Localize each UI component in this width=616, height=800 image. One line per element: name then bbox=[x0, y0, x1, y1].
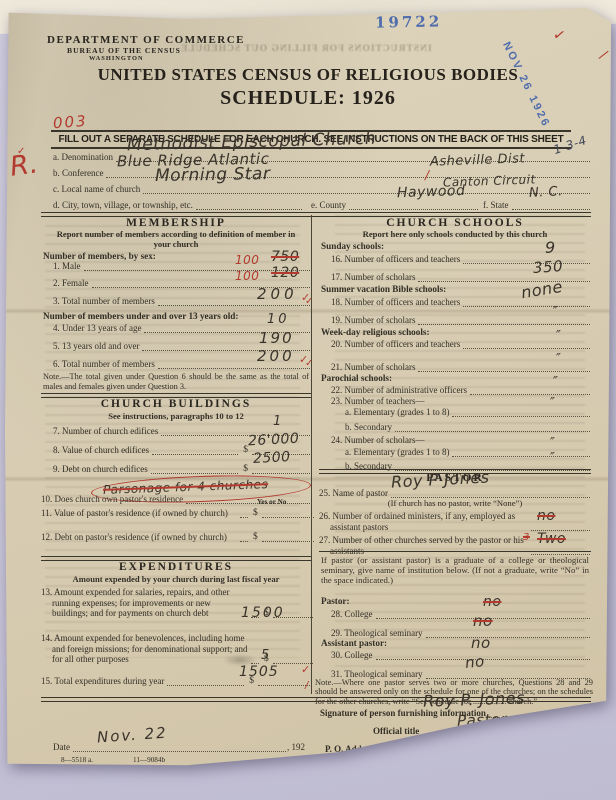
q7-value: 1 bbox=[273, 414, 282, 429]
q9-label: 9. Debt on church edifices bbox=[41, 464, 148, 475]
q4-value: 10 bbox=[267, 312, 290, 327]
q12-label: 12. Debt on pastor's residence (if owned… bbox=[41, 532, 237, 543]
buildings-heading: CHURCH BUILDINGS bbox=[41, 398, 311, 410]
membership-instructions: Report number of members according to de… bbox=[51, 230, 301, 250]
form-title: UNITED STATES CENSUS OF RELIGIOUS BODIES bbox=[5, 65, 611, 85]
q9-value: 2500 bbox=[253, 449, 291, 467]
q23-label: 23. Number of teachers— bbox=[319, 396, 424, 407]
q30-row: 30. College bbox=[319, 650, 591, 661]
county-value: Haywood bbox=[397, 183, 466, 201]
q18-row: 18. Number of officers and teachers bbox=[319, 297, 591, 308]
q19-value: ″ bbox=[553, 305, 558, 320]
bureau-of-census: BUREAU OF THE CENSUS bbox=[67, 46, 181, 55]
q24b-value: ″ bbox=[550, 451, 555, 466]
address-value: Canton N.C. bbox=[445, 723, 547, 747]
q5-value: 190 bbox=[259, 329, 294, 347]
q3-value: 200 bbox=[257, 285, 298, 303]
dotted-line bbox=[463, 306, 590, 307]
dotted-line bbox=[380, 753, 590, 754]
q18-label: 18. Number of officers and teachers bbox=[319, 297, 460, 308]
dotted-line bbox=[240, 517, 248, 518]
members-by-sex-label: Number of members, by sex: bbox=[43, 251, 156, 261]
red-slash-mark: / bbox=[425, 168, 430, 182]
form-subtitle: SCHEDULE: 1926 bbox=[5, 87, 611, 110]
parochial-schools-label: Parochial schools: bbox=[321, 373, 392, 383]
q15-check: ✓ bbox=[301, 663, 311, 676]
q6-value: 200 bbox=[257, 347, 295, 365]
column-divider bbox=[311, 215, 312, 694]
denomination-label: a. Denomination bbox=[53, 152, 113, 163]
q11-label: 11. Value of pastor's residence (if owne… bbox=[41, 508, 237, 519]
q20-label: 20. Number of officers and teachers bbox=[319, 339, 460, 350]
buildings-instructions: See instructions, paragraphs 10 to 12 bbox=[51, 412, 301, 422]
q24a-label: a. Elementary (grades 1 to 8) bbox=[319, 447, 449, 458]
church-name-value: Morning Star bbox=[155, 164, 271, 186]
dotted-line bbox=[73, 751, 286, 752]
graduate-note: If pastor (or assistant pastor) is a gra… bbox=[321, 555, 589, 585]
serial-number-stamp: 19722 bbox=[375, 12, 442, 31]
q22-label: 22. Number of administrative officers bbox=[319, 385, 467, 396]
dotted-line bbox=[158, 368, 310, 369]
red-margin-r-mark: R. bbox=[8, 148, 40, 183]
dotted-line bbox=[418, 281, 590, 282]
q13-value: 1500 bbox=[241, 605, 285, 621]
q26-label: 26. Number of ordained ministers, if any… bbox=[319, 511, 528, 532]
dotted-line bbox=[196, 209, 302, 210]
address-row: P. O. Address bbox=[325, 744, 591, 755]
q21-row: 21. Number of scholars bbox=[319, 362, 591, 373]
official-title-label: Official title bbox=[373, 726, 419, 737]
q13-label: 13. Amount expended for salaries, repair… bbox=[41, 587, 248, 619]
date-label: Date bbox=[53, 742, 70, 753]
dotted-line bbox=[240, 541, 248, 542]
census-form-sheet: INSTRUCTIONS FOR FILLING OUT SCHEDULE 19… bbox=[5, 8, 611, 776]
q21-label: 21. Number of scholars bbox=[319, 362, 415, 373]
date-row: Date, 192 bbox=[53, 742, 305, 753]
official-title-row: Official title bbox=[373, 726, 591, 737]
q16-label: 16. Number of officers and teachers bbox=[319, 254, 460, 265]
assistant-pastor-label: Assistant pastor: bbox=[321, 638, 387, 648]
q25-row: 25. Name of pastor bbox=[319, 488, 591, 499]
dollar-sign: $ bbox=[243, 445, 248, 456]
form-number-1: 8—5518 a. bbox=[61, 756, 93, 764]
q25-label: 25. Name of pastor bbox=[319, 488, 388, 499]
q14-label: 14. Amount expended for benevolences, in… bbox=[41, 633, 248, 665]
q2-label: 2. Female bbox=[41, 278, 89, 289]
q16-value: 9 bbox=[545, 238, 556, 257]
q1-label: 1. Male bbox=[41, 261, 81, 272]
q29-row: 29. Theological seminary bbox=[319, 628, 591, 639]
q24-label: 24. Number of scholars— bbox=[319, 435, 424, 446]
dotted-line bbox=[452, 456, 590, 457]
q4-label: 4. Under 13 years of age bbox=[41, 323, 141, 334]
dollar-sign: $ bbox=[243, 464, 248, 475]
address-label: P. O. Address bbox=[325, 744, 377, 755]
dotted-line bbox=[152, 454, 238, 455]
q6-label: 6. Total number of members bbox=[41, 359, 155, 370]
q27-label: 27. Number of other churches served by t… bbox=[319, 535, 528, 556]
membership-heading: MEMBERSHIP bbox=[41, 217, 311, 229]
church-name-label: c. Local name of church bbox=[53, 184, 140, 195]
dollar-sign: $ bbox=[253, 508, 258, 519]
weekday-schools-label: Week-day religious schools: bbox=[321, 327, 430, 337]
red-checkmark: ✓ bbox=[551, 25, 568, 45]
members-age-label: Number of members under and over 13 year… bbox=[43, 311, 238, 321]
expenditures-instructions: Amount expended by your church during la… bbox=[45, 575, 307, 585]
state-label: f. State bbox=[483, 200, 509, 211]
q8-value: 26'000 bbox=[248, 431, 300, 450]
q29-label: 29. Theological seminary bbox=[319, 628, 423, 639]
dotted-line bbox=[167, 685, 244, 686]
q14-value: 5 bbox=[261, 648, 270, 663]
dept-of-commerce: DEPARTMENT OF COMMERCE bbox=[47, 34, 245, 46]
dollar-sign: $ bbox=[253, 532, 258, 543]
form-number-2: 11—9084b bbox=[133, 756, 165, 764]
dotted-line bbox=[262, 517, 314, 518]
q3-label: 3. Total number of members bbox=[41, 296, 155, 307]
dotted-line bbox=[470, 394, 590, 395]
dotted-line bbox=[262, 541, 314, 542]
dotted-line bbox=[452, 416, 590, 417]
q28-row: 28. College bbox=[319, 609, 591, 620]
dotted-line bbox=[143, 193, 590, 194]
signature-value: Roy P. Jones bbox=[423, 688, 526, 711]
conference-extra: Asheville Dist bbox=[430, 151, 526, 169]
q27-value: Two bbox=[537, 531, 566, 547]
dotted-line bbox=[418, 371, 590, 372]
q30-label: 30. College bbox=[319, 650, 373, 661]
dotted-line bbox=[349, 209, 478, 210]
county-label: e. County bbox=[311, 200, 346, 211]
q24a-value: ″ bbox=[550, 436, 555, 451]
q23b-label: b. Secondary bbox=[319, 422, 392, 433]
pastor-sub-label: Pastor: bbox=[321, 596, 350, 606]
q17-label: 17. Number of scholars bbox=[319, 272, 415, 283]
q10-label: 10. Does church own pastor's residence bbox=[41, 494, 183, 505]
expenditures-heading: EXPENDITURES bbox=[41, 561, 311, 573]
pastor-rule bbox=[319, 551, 591, 552]
city-label: d. City, town, village, or township, etc… bbox=[53, 200, 193, 211]
q23b-row: b. Secondary bbox=[319, 422, 591, 433]
q10-yes-no-hint: Yes or No bbox=[257, 498, 286, 506]
form-sheet-wrap: INSTRUCTIONS FOR FILLING OUT SCHEDULE 19… bbox=[0, 0, 616, 800]
q30-value: no bbox=[471, 634, 491, 652]
dotted-line bbox=[426, 637, 590, 638]
q27-red-value: 3 bbox=[523, 532, 530, 543]
q2-corrected-value: 100 bbox=[235, 269, 259, 283]
q22-value: ″ bbox=[553, 375, 558, 390]
field-county-row: e. County bbox=[311, 200, 479, 211]
red-edge-mark: / bbox=[598, 48, 609, 64]
dotted-line bbox=[258, 685, 310, 686]
q22-row: 22. Number of administrative officers bbox=[319, 385, 591, 396]
q1-crossed-value: 750 bbox=[271, 249, 299, 265]
dotted-line bbox=[512, 209, 591, 210]
q23a-value: ″ bbox=[550, 396, 555, 411]
sunday-schools-label: Sunday schools: bbox=[321, 241, 384, 251]
dotted-line bbox=[463, 263, 590, 264]
field-city-row: d. City, town, village, or township, etc… bbox=[53, 200, 303, 211]
q2-crossed-value: 120 bbox=[271, 265, 299, 281]
q17-value: 350 bbox=[532, 257, 563, 277]
date-year-suffix: , 192 bbox=[287, 742, 305, 753]
dotted-line bbox=[395, 431, 590, 432]
q5-label: 5. 13 years old and over bbox=[41, 341, 139, 352]
q29-value: no bbox=[473, 612, 493, 630]
q21-value: ″ bbox=[556, 352, 561, 367]
dotted-line bbox=[158, 305, 310, 306]
q26-value: no bbox=[537, 508, 555, 524]
q28-value: no bbox=[483, 594, 501, 610]
q19-row: 19. Number of scholars bbox=[319, 315, 591, 326]
q20-value: ″ bbox=[556, 329, 561, 344]
dotted-line bbox=[463, 348, 590, 349]
summer-schools-label: Summer vacation Bible schools: bbox=[321, 284, 446, 294]
dotted-line bbox=[252, 473, 310, 474]
washington: WASHINGTON bbox=[89, 55, 144, 62]
q8-label: 8. Value of church edifices bbox=[41, 445, 149, 456]
q23a-label: a. Elementary (grades 1 to 8) bbox=[319, 407, 449, 418]
q31-value: no bbox=[464, 652, 485, 672]
q1-corrected-value: 100 bbox=[235, 253, 259, 267]
state-value: N. C. bbox=[529, 184, 563, 201]
dotted-line bbox=[151, 473, 239, 474]
q7-label: 7. Number of church edifices bbox=[41, 426, 158, 437]
q28-label: 28. College bbox=[319, 609, 373, 620]
q15-label: 15. Total expenditures during year bbox=[41, 676, 164, 687]
official-title-value: Pastor bbox=[457, 710, 508, 730]
dotted-line bbox=[422, 735, 590, 736]
dotted-line bbox=[418, 324, 590, 325]
dotted-line bbox=[186, 503, 310, 504]
q14-row: 14. Amount expended for benevolences, in… bbox=[41, 633, 311, 665]
field-state-row: f. State bbox=[483, 200, 591, 211]
margin-check-21: ✓ bbox=[305, 358, 314, 369]
q15-value: 1505 bbox=[239, 664, 279, 680]
q12-row: 12. Debt on pastor's residence (if owned… bbox=[41, 532, 311, 543]
q20-row: 20. Number of officers and teachers bbox=[319, 339, 591, 350]
conference-label: b. Conference bbox=[53, 168, 103, 179]
q11-row: 11. Value of pastor's residence (if owne… bbox=[41, 508, 311, 519]
address-value-2: R.F.D 1. bbox=[387, 749, 441, 766]
q19-label: 19. Number of scholars bbox=[319, 315, 415, 326]
margin-check-note: / bbox=[305, 680, 309, 691]
membership-note: Note.—The total given under Question 6 s… bbox=[43, 372, 309, 391]
schools-heading: CHURCH SCHOOLS bbox=[319, 217, 591, 229]
margin-check-18: ✓ bbox=[305, 296, 314, 307]
